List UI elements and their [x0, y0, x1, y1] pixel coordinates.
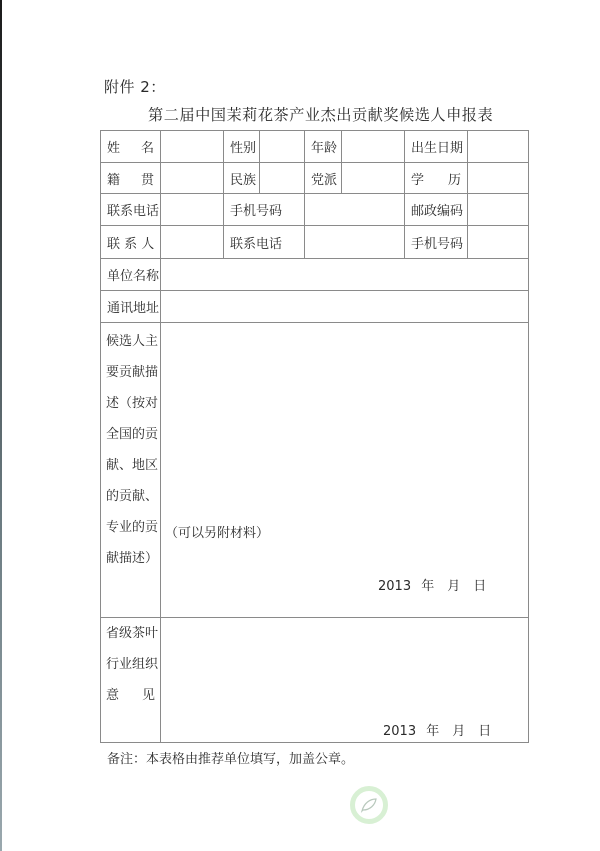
label-line: 的贡献、	[106, 481, 161, 512]
label-line: 省级茶叶	[106, 618, 161, 649]
label-char: 姓	[107, 137, 120, 156]
form-title: 第二届中国茉莉花茶产业杰出贡献奖候选人申报表	[148, 104, 493, 125]
label-contribution: 候选人主 要贡献描 述（按对 全国的贡 献、地区 的贡献、 专业的贡 献描述）	[101, 326, 161, 574]
label-organization: 单位名称	[101, 259, 161, 291]
label-contact-mobile: 手机号码	[405, 226, 468, 259]
watermark-stamp	[350, 786, 388, 824]
leaf-icon	[360, 797, 378, 813]
label-line: 献描述）	[106, 543, 161, 574]
label-contact-phone: 联系电话	[224, 226, 305, 259]
label-line: 全国的贡	[106, 419, 161, 450]
label-party: 党派	[305, 163, 342, 194]
postcode-field[interactable]	[468, 194, 529, 226]
label-char: 历	[448, 169, 461, 188]
education-field[interactable]	[468, 163, 529, 194]
label-char: 籍	[107, 169, 120, 188]
footnote: 备注：本表格由推荐单位填写，加盖公章。	[107, 748, 354, 767]
label-name: 姓名	[101, 131, 161, 163]
party-field[interactable]	[342, 163, 405, 194]
label-postcode: 邮政编码	[405, 194, 468, 226]
contact-mobile-field[interactable]	[468, 226, 529, 259]
label-line: 意见	[106, 680, 161, 711]
label-ethnicity: 民族	[224, 163, 260, 194]
label-line: 述（按对	[106, 388, 161, 419]
contribution-field[interactable]: （可以另附材料） 2013 年 月 日	[161, 323, 529, 618]
label-gender: 性别	[224, 131, 260, 163]
ethnicity-field[interactable]	[260, 163, 305, 194]
native-place-field[interactable]	[161, 163, 224, 194]
mobile-field[interactable]	[305, 194, 405, 226]
name-field[interactable]	[161, 131, 224, 163]
address-field[interactable]	[161, 291, 529, 323]
label-opinion-cell: 省级茶叶 行业组织 意见	[101, 618, 161, 743]
attachment-label: 附件 2：	[104, 76, 166, 97]
label-char: 名	[141, 137, 154, 156]
label-birthdate: 出生日期	[405, 131, 468, 163]
opinion-date: 2013 年 月 日	[383, 720, 491, 739]
organization-field[interactable]	[161, 259, 529, 291]
gender-field[interactable]	[260, 131, 305, 163]
contact-person-field[interactable]	[161, 226, 224, 259]
label-contribution-cell: 候选人主 要贡献描 述（按对 全国的贡 献、地区 的贡献、 专业的贡 献描述）	[101, 323, 161, 618]
label-phone: 联系电话	[101, 194, 161, 226]
label-education: 学历	[405, 163, 468, 194]
label-line: 献、地区	[106, 450, 161, 481]
scan-edge	[0, 0, 2, 851]
age-field[interactable]	[342, 131, 405, 163]
label-char: 见	[142, 680, 155, 711]
label-mobile: 手机号码	[224, 194, 305, 226]
label-line: 专业的贡	[106, 512, 161, 543]
opinion-field[interactable]: 2013 年 月 日	[161, 618, 529, 743]
label-native-place: 籍贯	[101, 163, 161, 194]
phone-field[interactable]	[161, 194, 224, 226]
label-contact-person: 联 系 人	[101, 226, 161, 259]
label-line: 候选人主	[106, 326, 161, 357]
label-char: 学	[411, 169, 424, 188]
birthdate-field[interactable]	[468, 131, 529, 163]
label-line: 行业组织	[106, 649, 161, 680]
contact-phone-field[interactable]	[305, 226, 405, 259]
application-form-table: 姓名 性别 年龄 出生日期 籍贯 民族 党派 学历 联系电话 手机号码 邮政编码…	[100, 130, 529, 743]
label-address: 通讯地址	[101, 291, 161, 323]
label-char: 贯	[141, 169, 154, 188]
label-char: 意	[106, 680, 119, 711]
label-opinion: 省级茶叶 行业组织 意见	[101, 618, 161, 711]
attach-materials-hint: （可以另附材料）	[165, 522, 269, 541]
label-line: 要贡献描	[106, 357, 161, 388]
contribution-date: 2013 年 月 日	[378, 575, 486, 594]
label-age: 年龄	[305, 131, 342, 163]
